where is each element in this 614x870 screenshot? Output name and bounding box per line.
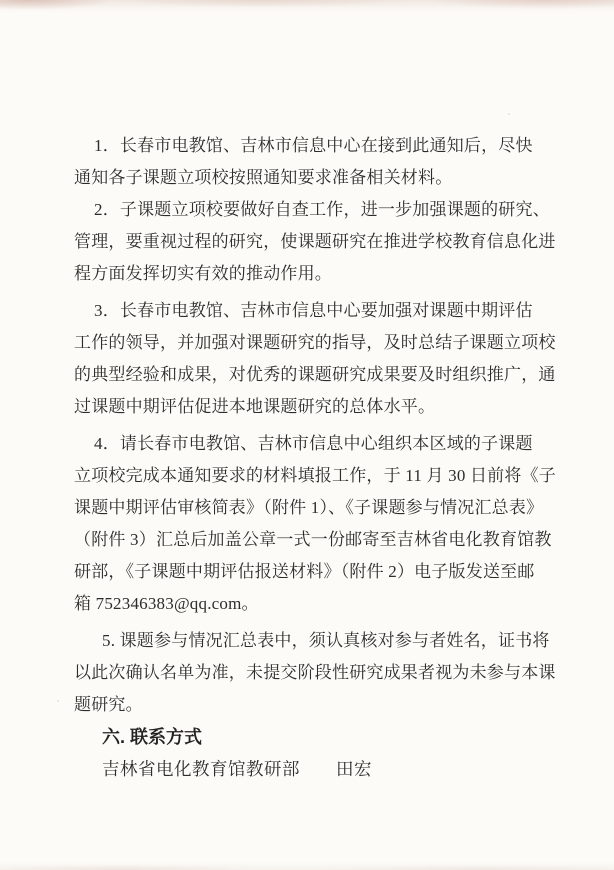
- scan-noise-speck: [57, 700, 59, 702]
- scan-noise-speck: [508, 113, 510, 115]
- text-line: 立项校完成本通知要求的材料填报工作，于 11 月 30 日前将《子: [74, 460, 556, 492]
- text-line: 以此次确认名单为准，未提交阶段性研究成果者视为未参与本课: [74, 657, 556, 689]
- text-line: 课题中期评估审核简表》（附件 1）、《子课题参与情况汇总表》: [74, 492, 556, 524]
- paragraph-item-3: 3．长春市电教馆、吉林市信息中心要加强对课题中期评估 工作的领导，并加强对课题研…: [74, 295, 556, 423]
- text-line: 4．请长春市电教馆、吉林市信息中心组织本区域的子课题: [74, 428, 556, 460]
- scan-edge-artifact-top: [0, 0, 614, 14]
- text-line: 程方面发挥切实有效的推动作用。: [74, 258, 556, 290]
- notice-body: 1．长春市电教馆、吉林市信息中心在接到此通知后，尽快 通知各子课题立项校按照通知…: [74, 130, 556, 785]
- scanned-notice-page: 1．长春市电教馆、吉林市信息中心在接到此通知后，尽快 通知各子课题立项校按照通知…: [0, 0, 614, 870]
- text-line: 的典型经验和成果，对优秀的课题研究成果要及时组织推广，通: [74, 359, 556, 391]
- text-line: 题研究。: [74, 689, 556, 721]
- paragraph-item-4: 4．请长春市电教馆、吉林市信息中心组织本区域的子课题 立项校完成本通知要求的材料…: [74, 428, 556, 620]
- text-line: 通知各子课题立项校按照通知要求准备相关材料。: [74, 162, 556, 194]
- text-line: 3．长春市电教馆、吉林市信息中心要加强对课题中期评估: [74, 295, 556, 327]
- text-line: 5. 课题参与情况汇总表中，须认真核对参与者姓名，证书将: [74, 625, 556, 657]
- section-heading-contact: 六. 联系方式: [74, 721, 556, 753]
- text-line: 2．子课题立项校要做好自查工作，进一步加强课题的研究、: [74, 194, 556, 226]
- text-line: 管理，要重视过程的研究，使课题研究在推进学校教育信息化进: [74, 226, 556, 258]
- paragraph-item-5: 5. 课题参与情况汇总表中，须认真核对参与者姓名，证书将 以此次确认名单为准，未…: [74, 625, 556, 721]
- text-line: 工作的领导，并加强对课题研究的指导，及时总结子课题立项校: [74, 327, 556, 359]
- text-line: 过课题中期评估促进本地课题研究的总体水平。: [74, 391, 556, 423]
- text-line: 1．长春市电教馆、吉林市信息中心在接到此通知后，尽快: [74, 130, 556, 162]
- paragraph-item-1: 1．长春市电教馆、吉林市信息中心在接到此通知后，尽快 通知各子课题立项校按照通知…: [74, 130, 556, 194]
- paragraph-item-2: 2．子课题立项校要做好自查工作，进一步加强课题的研究、 管理，要重视过程的研究，…: [74, 194, 556, 290]
- contact-line: 吉林省电化教育馆教研部 田宏: [74, 753, 556, 785]
- text-line: 研部，《子课题中期评估报送材料》（附件 2）电子版发送至邮: [74, 556, 556, 588]
- scan-edge-artifact-bottom: [0, 860, 614, 870]
- text-line: （附件 3）汇总后加盖公章一式一份邮寄至吉林省电化教育馆教: [74, 524, 556, 556]
- text-line-email: 箱 752346383@qq.com。: [74, 588, 556, 620]
